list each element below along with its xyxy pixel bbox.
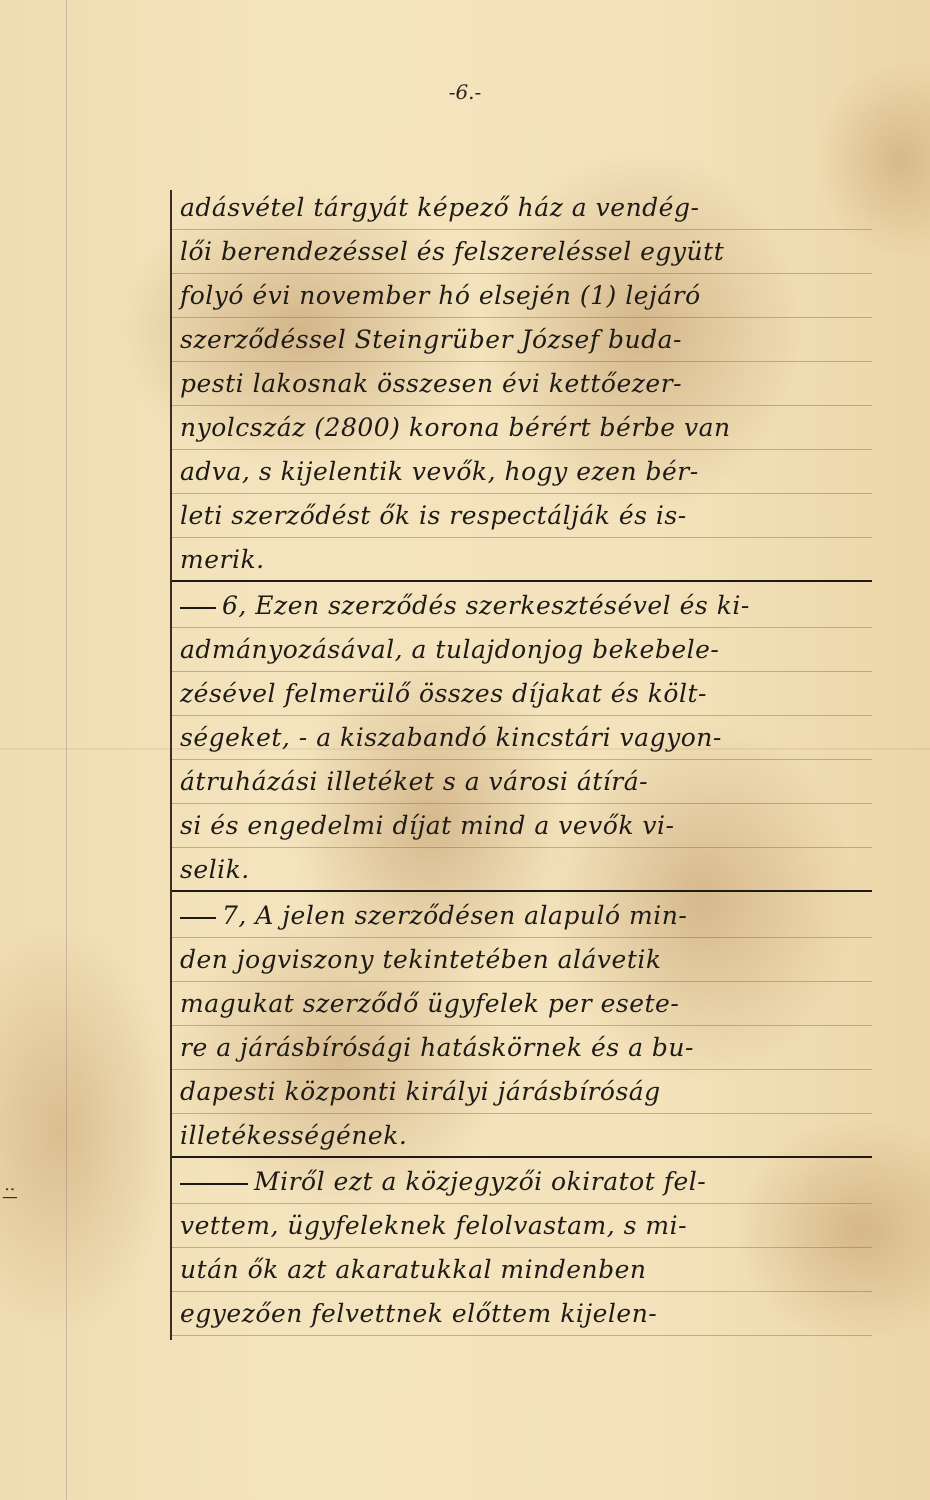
line-text: merik. — [180, 545, 265, 574]
line-text: Miről ezt a közjegyzői okiratot fel- — [254, 1167, 706, 1196]
leading-dash — [180, 607, 216, 609]
line-text: dapesti központi királyi járásbíróság — [180, 1077, 661, 1106]
line-text: selik. — [180, 855, 250, 884]
document-page: :| -6.- adásvétel tárgyát képező ház a v… — [0, 0, 930, 1500]
text-line: zésével felmerülő összes díjakat és költ… — [172, 672, 872, 716]
line-text: admányozásával, a tulajdonjog bekebele- — [180, 635, 719, 664]
line-text: adásvétel tárgyát képező ház a vendég- — [180, 193, 699, 222]
line-text: pesti lakosnak összesen évi kettőezer- — [180, 369, 682, 398]
text-line-terminated: merik. — [172, 538, 872, 582]
text-line-section-6: 6, Ezen szerződés szerkesztésével és ki- — [172, 584, 872, 628]
text-line: ségeket, - a kiszabandó kincstári vagyon… — [172, 716, 872, 760]
text-line: adásvétel tárgyát képező ház a vendég- — [172, 186, 872, 230]
text-line: adva, s kijelentik vevők, hogy ezen bér- — [172, 450, 872, 494]
line-text: lői berendezéssel és felszereléssel együ… — [180, 237, 724, 266]
leading-dash — [180, 917, 216, 919]
text-line: átruházási illetéket s a városi átírá- — [172, 760, 872, 804]
line-text: 6, Ezen szerződés szerkesztésével és ki- — [222, 591, 750, 620]
line-text: magukat szerződő ügyfelek per esete- — [180, 989, 679, 1018]
text-line: magukat szerződő ügyfelek per esete- — [172, 982, 872, 1026]
text-line-terminated: selik. — [172, 848, 872, 892]
line-text: re a járásbírósági hatáskörnek és a bu- — [180, 1033, 694, 1062]
line-text: egyezően felvettnek előttem kijelen- — [180, 1299, 657, 1328]
page-margin-line — [66, 0, 67, 1500]
line-text: folyó évi november hó elsején (1) lejáró — [180, 281, 701, 310]
edge-mark: :| — [2, 1185, 18, 1202]
line-text: den jogviszony tekintetében alávetik — [180, 945, 662, 974]
text-line-section-7: 7, A jelen szerződésen alapuló min- — [172, 894, 872, 938]
line-text: szerződéssel Steingrüber József buda- — [180, 325, 682, 354]
line-text: nyolcszáz (2800) korona bérért bérbe van — [180, 413, 731, 442]
text-line: nyolcszáz (2800) korona bérért bérbe van — [172, 406, 872, 450]
line-text: vettem, ügyfeleknek felolvastam, s mi- — [180, 1211, 687, 1240]
text-line: pesti lakosnak összesen évi kettőezer- — [172, 362, 872, 406]
leading-dash — [180, 1183, 248, 1185]
text-line: si és engedelmi díjat mind a vevők vi- — [172, 804, 872, 848]
text-line-terminated: illetékességének. — [172, 1114, 872, 1158]
line-text: illetékességének. — [180, 1121, 407, 1150]
line-text: átruházási illetéket s a városi átírá- — [180, 767, 648, 796]
text-line: után ők azt akaratukkal mindenben — [172, 1248, 872, 1292]
text-line-closing: Miről ezt a közjegyzői okiratot fel- — [172, 1160, 872, 1204]
text-line: vettem, ügyfeleknek felolvastam, s mi- — [172, 1204, 872, 1248]
line-text: 7, A jelen szerződésen alapuló min- — [222, 901, 687, 930]
text-line: folyó évi november hó elsején (1) lejáró — [172, 274, 872, 318]
text-line: lői berendezéssel és felszereléssel együ… — [172, 230, 872, 274]
text-line: admányozásával, a tulajdonjog bekebele- — [172, 628, 872, 672]
line-text: leti szerződést ők is respectálják és is… — [180, 501, 687, 530]
text-line: dapesti központi királyi járásbíróság — [172, 1070, 872, 1114]
text-line: szerződéssel Steingrüber József buda- — [172, 318, 872, 362]
text-line: egyezően felvettnek előttem kijelen- — [172, 1292, 872, 1336]
text-line: re a járásbírósági hatáskörnek és a bu- — [172, 1026, 872, 1070]
text-line: den jogviszony tekintetében alávetik — [172, 938, 872, 982]
text-line: leti szerződést ők is respectálják és is… — [172, 494, 872, 538]
line-text: zésével felmerülő összes díjakat és költ… — [180, 679, 707, 708]
line-text: si és engedelmi díjat mind a vevők vi- — [180, 811, 675, 840]
line-text: ségeket, - a kiszabandó kincstári vagyon… — [180, 723, 722, 752]
line-text: adva, s kijelentik vevők, hogy ezen bér- — [180, 457, 699, 486]
line-text: után ők azt akaratukkal mindenben — [180, 1255, 647, 1284]
page-number: -6.- — [0, 80, 930, 104]
